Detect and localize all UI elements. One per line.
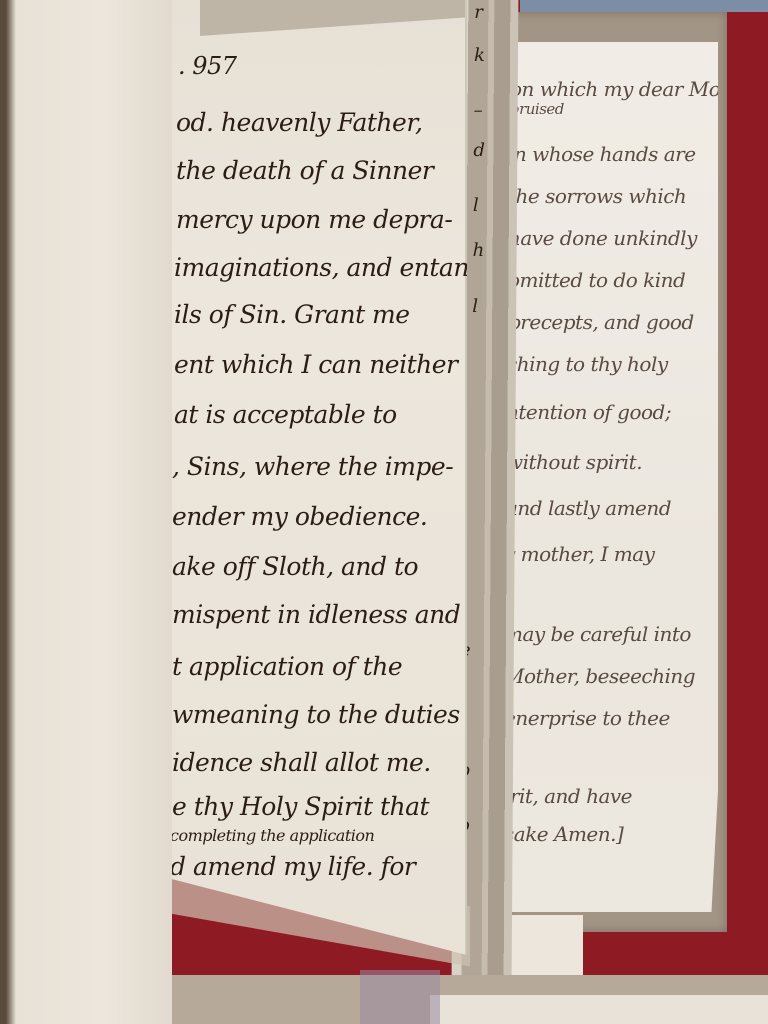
right-line: precepts, and good: [508, 310, 694, 334]
left-line: idence shall allot me.: [172, 748, 431, 777]
gutter-mark: d: [473, 140, 485, 161]
gutter-mark: l: [472, 296, 478, 317]
right-line: ntention of good;: [506, 400, 671, 424]
manuscript-photo: on which my dear Mo bruised in whose han…: [0, 0, 768, 1024]
left-manuscript-page: . 957 od. heavenly Father, the death of …: [170, 0, 467, 955]
gutter-mark: h: [473, 240, 485, 261]
left-line: d amend my life. for: [170, 852, 415, 881]
gutter-mark: k: [474, 45, 485, 66]
right-line: bruised: [510, 100, 564, 118]
right-line: y mother, I may: [504, 542, 654, 566]
right-line: the sorrows which: [508, 184, 686, 208]
right-line: irit, and have: [504, 784, 632, 808]
left-line: t application of the: [172, 652, 402, 681]
left-line: wmeaning to the duties: [172, 700, 460, 729]
gutter-mark: l: [473, 195, 479, 216]
left-line: od. heavenly Father,: [176, 108, 422, 137]
right-line: have done unkindly: [508, 226, 697, 250]
right-line: enerprise to thee: [504, 706, 670, 730]
left-line: mispent in idleness and: [172, 600, 460, 629]
left-line: ils of Sin. Grant me: [174, 300, 410, 329]
right-line: without spirit.: [506, 450, 642, 474]
right-line: on which my dear Mo: [510, 77, 720, 101]
left-line: at is acceptable to: [174, 400, 397, 429]
left-line: e thy Holy Spirit that: [172, 792, 429, 821]
gutter-mark: –: [474, 100, 483, 121]
right-manuscript-slip: on which my dear Mo bruised in whose han…: [500, 42, 718, 912]
right-line: Mother, beseeching: [504, 664, 695, 688]
left-line: ender my obedience.: [172, 502, 427, 531]
left-line: completing the application: [170, 826, 374, 845]
right-line: and lastly amend: [506, 496, 671, 520]
right-line: omitted to do kind: [508, 268, 685, 292]
background-paper-edge: [430, 995, 768, 1024]
page-number: . 957: [178, 52, 237, 80]
right-line: ching to thy holy: [506, 352, 668, 376]
right-line: sake Amen.]: [504, 822, 623, 846]
left-line: ake off Sloth, and to: [172, 552, 418, 581]
left-line: , Sins, where the impe-: [172, 452, 453, 481]
left-line: ent which I can neither: [174, 350, 458, 379]
right-line: in whose hands are: [508, 142, 696, 166]
left-line: imaginations, and entan-: [174, 253, 477, 282]
right-line: may be careful into: [504, 622, 691, 646]
left-line: mercy upon me depra-: [176, 205, 452, 234]
background-plastic-sleeve: [360, 970, 440, 1024]
background-blue-strip: [520, 0, 768, 12]
left-line: the death of a Sinner: [176, 156, 433, 185]
book-cover-flyleaf: [0, 0, 172, 1024]
gutter-mark: r: [474, 2, 483, 23]
